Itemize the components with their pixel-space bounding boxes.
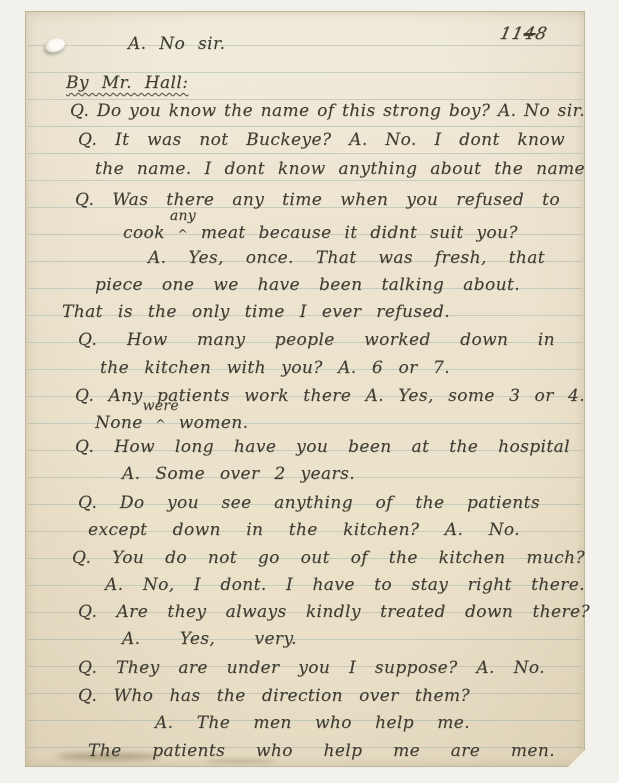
scan-background: 1148 A. No sir.By Mr. Hall:Q. Do you kno… — [0, 0, 619, 783]
paper-vignette — [26, 12, 584, 766]
manuscript-page — [25, 11, 585, 767]
ink-smudge — [206, 759, 276, 763]
ruled-lines — [28, 19, 582, 762]
ink-smudge — [56, 753, 161, 760]
page-number: 1148 — [498, 24, 550, 44]
paper-hole — [43, 35, 67, 55]
